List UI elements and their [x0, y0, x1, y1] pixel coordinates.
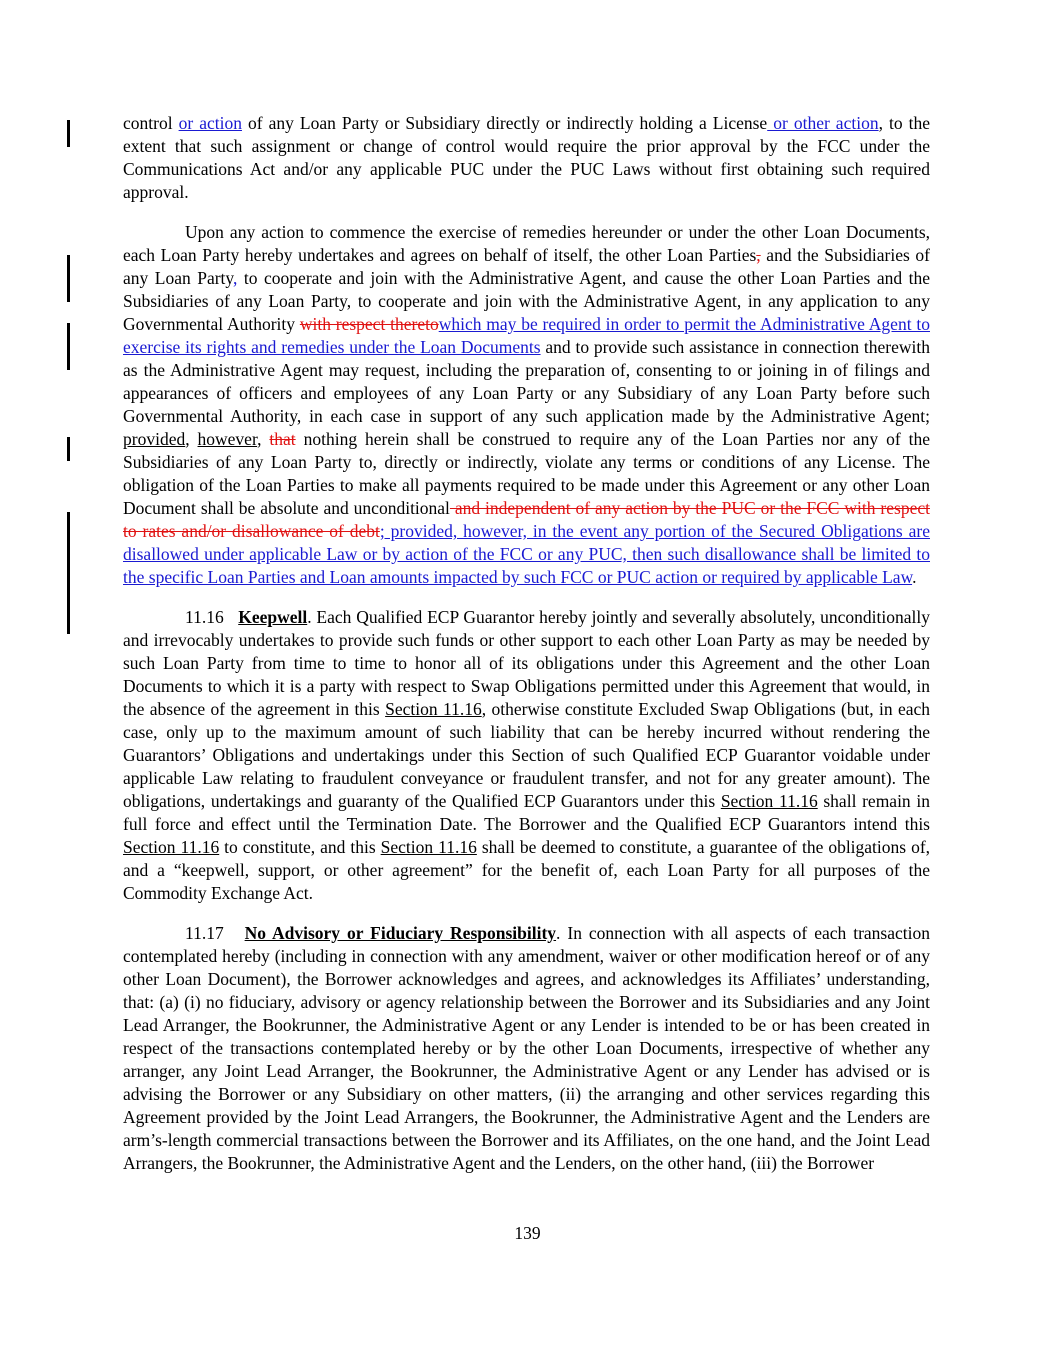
document-body: control or action of any Loan Party or S…	[123, 112, 930, 1192]
paragraph-remedies: Upon any action to commence the exercise…	[123, 221, 930, 589]
change-bar	[67, 512, 70, 634]
deleted-text: that	[269, 429, 295, 449]
change-bar	[67, 120, 70, 147]
underlined-term: however	[198, 429, 258, 449]
change-bar	[67, 437, 70, 461]
underlined-term: Section 11.16	[123, 837, 219, 857]
section-heading: Keepwell	[238, 607, 307, 627]
document-page: control or action of any Loan Party or S…	[0, 0, 1055, 1365]
underlined-term: provided	[123, 429, 185, 449]
text-run: 11.16	[185, 607, 238, 627]
text-run: to constitute, and this	[219, 837, 380, 857]
change-bar	[67, 323, 70, 370]
section-heading: No Advisory or Fiduciary Responsibility	[245, 923, 556, 943]
underlined-term: Section 11.16	[381, 837, 477, 857]
page-number: 139	[0, 1222, 1055, 1245]
underlined-term: Section 11.16	[385, 699, 482, 719]
text-run: control	[123, 113, 179, 133]
paragraph-continuation: control or action of any Loan Party or S…	[123, 112, 930, 204]
text-run: ,	[185, 429, 197, 449]
text-run: .	[912, 567, 916, 587]
inserted-text: or action	[179, 113, 242, 133]
text-run: ,	[257, 429, 269, 449]
change-bar	[67, 255, 70, 302]
deleted-text: with respect thereto	[300, 314, 439, 334]
text-run: . In connection with all aspects of each…	[123, 923, 930, 1173]
underlined-term: Section 11.16	[721, 791, 818, 811]
paragraph-keepwell: 11.16 Keepwell. Each Qualified ECP Guara…	[123, 606, 930, 905]
text-run: 11.17	[185, 923, 245, 943]
inserted-text: or other action	[767, 113, 878, 133]
text-run: of any Loan Party or Subsidiary directly…	[242, 113, 767, 133]
paragraph-no-advisory: 11.17 No Advisory or Fiduciary Responsib…	[123, 922, 930, 1175]
